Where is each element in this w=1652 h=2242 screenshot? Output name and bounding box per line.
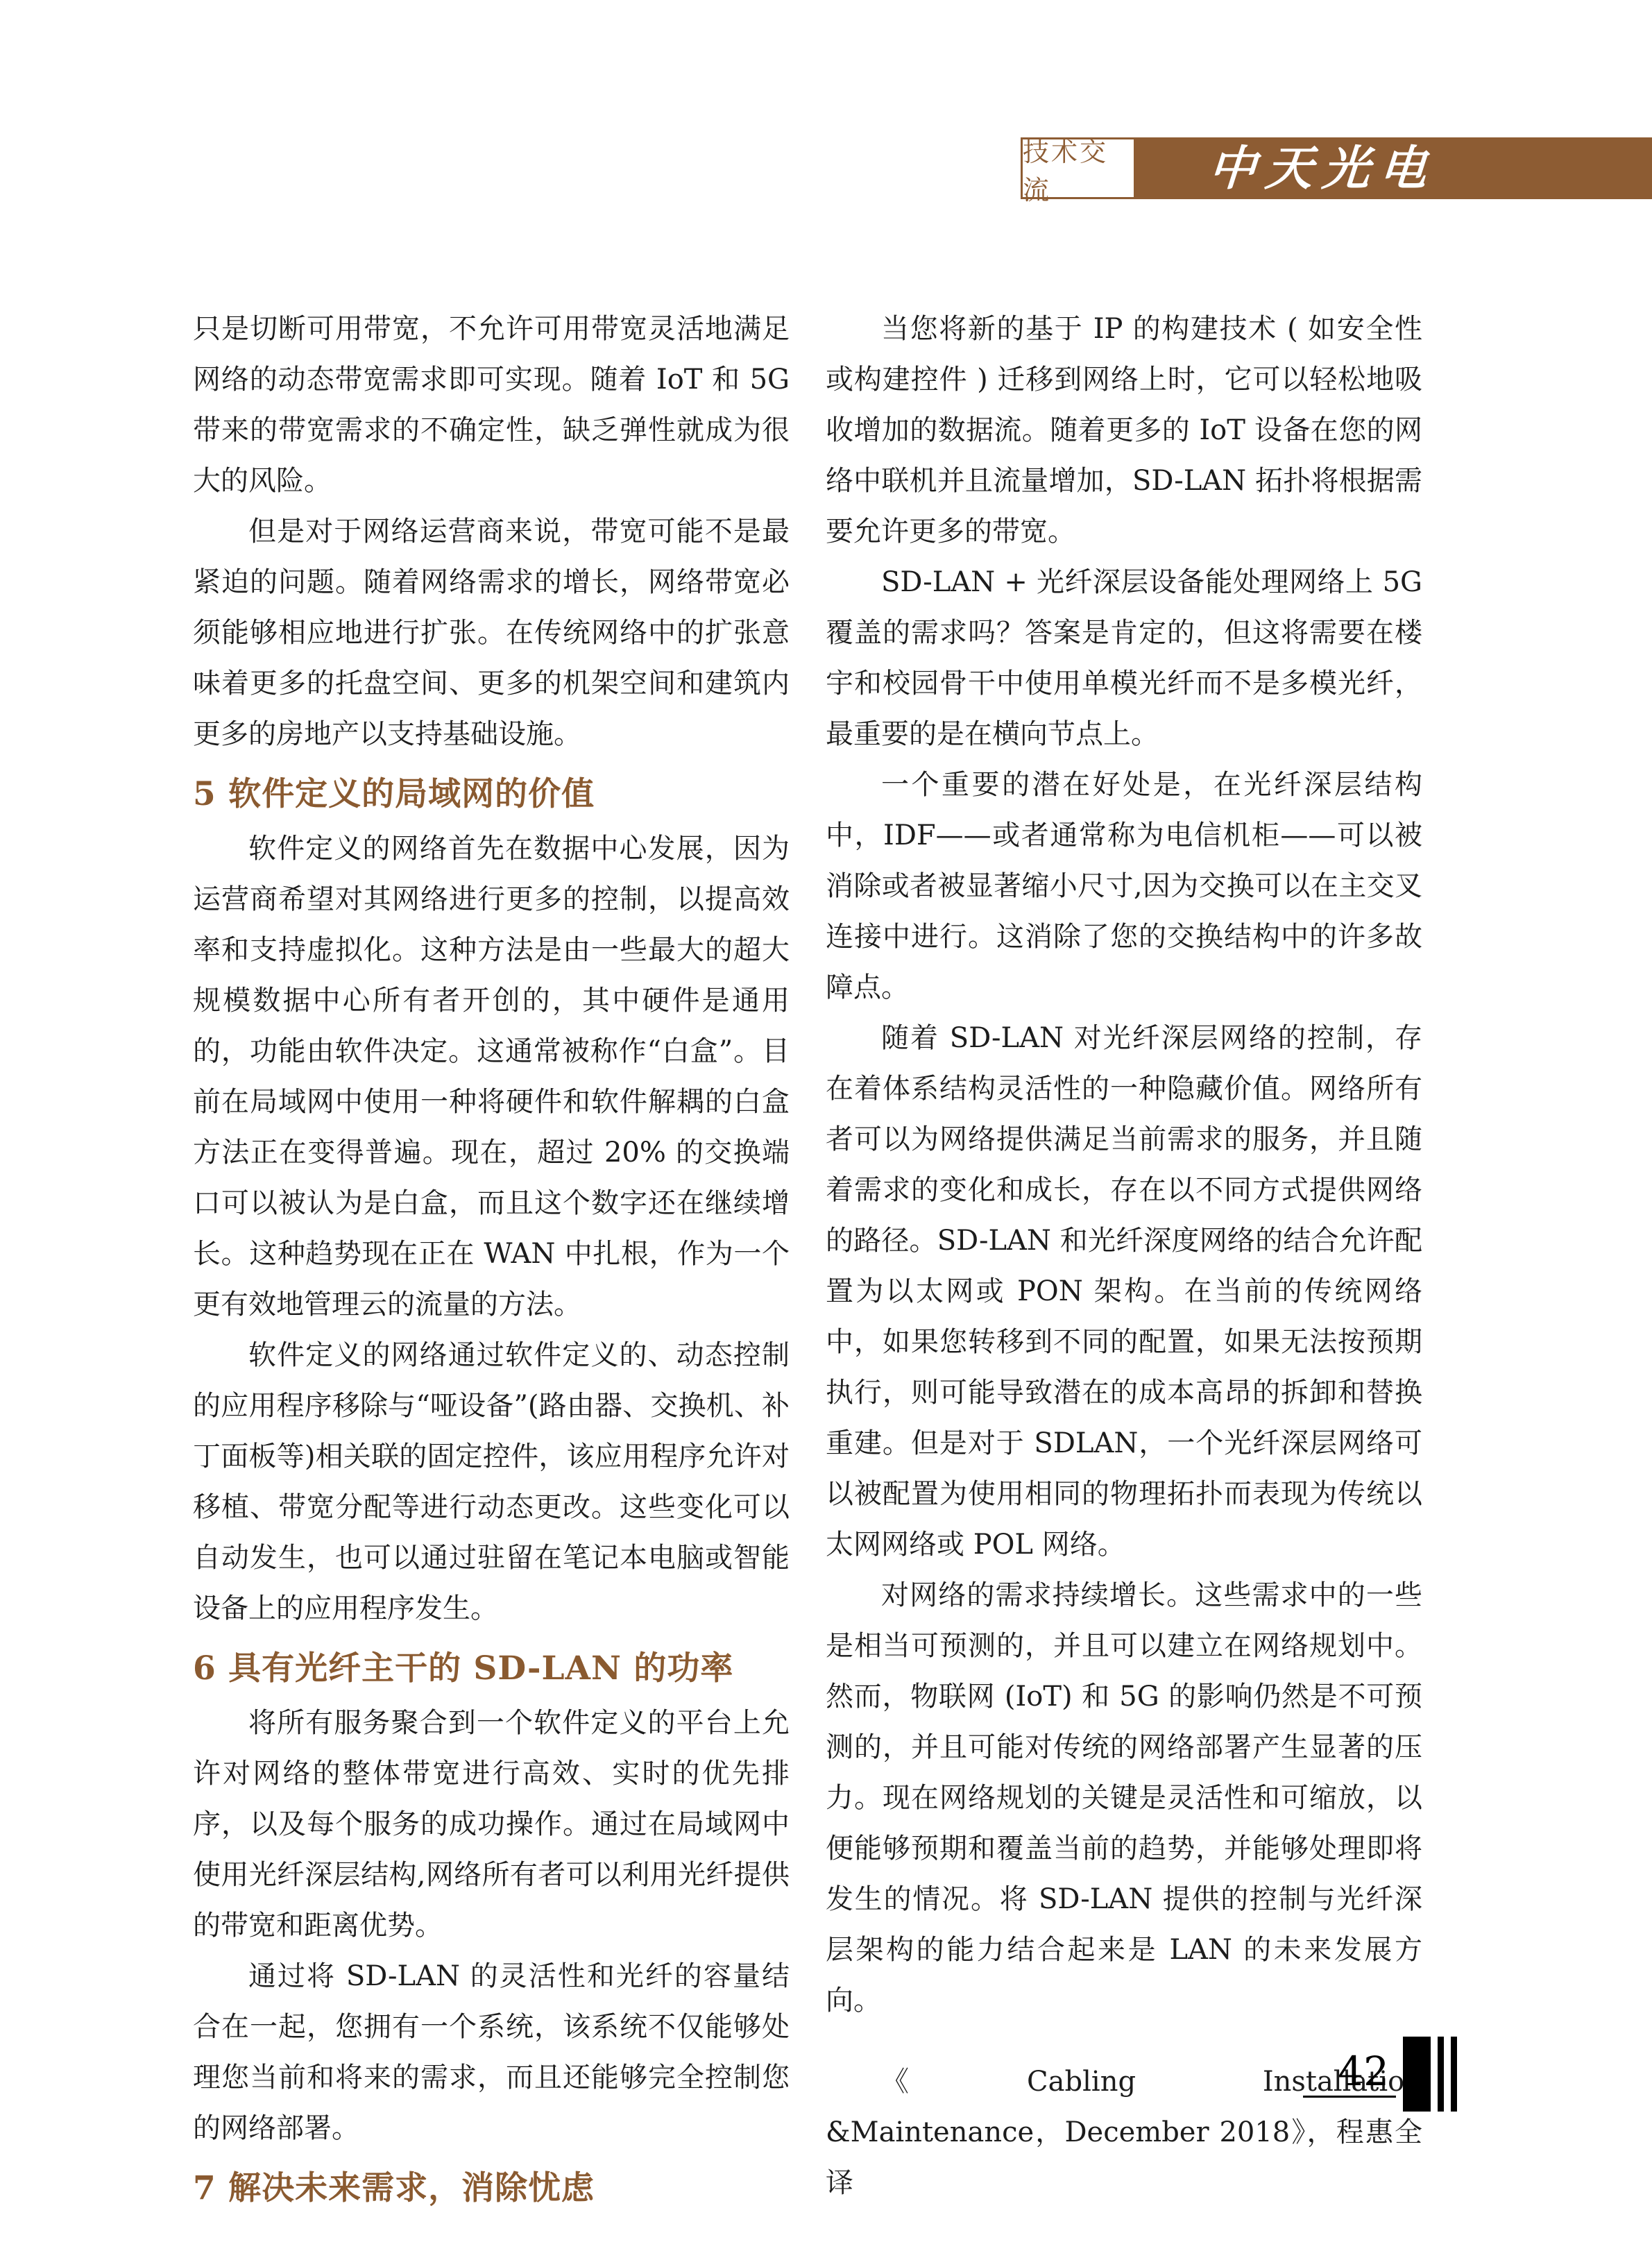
body-paragraph: 软件定义的网络通过软件定义的、动态控制的应用程序移除与“哑设备”(路由器、交换机… (193, 1330, 790, 1634)
footer-bars-decoration (1403, 2037, 1457, 2112)
body-paragraph: 对网络的需求持续增长。这些需求中的一些是相当可预测的，并且可以建立在网络规划中。… (826, 1570, 1422, 2026)
body-paragraph: SD-LAN + 光纤深层设备能处理网络上 5G 覆盖的需求吗？答案是肯定的，但… (826, 557, 1422, 760)
body-paragraph: 只是切断可用带宽，不允许可用带宽灵活地满足网络的动态带宽需求即可实现。随着 Io… (193, 304, 790, 507)
section-heading: 5 软件定义的局域网的价值 (193, 774, 790, 815)
body-paragraph: 软件定义的网络首先在数据中心发展，因为运营商希望对其网络进行更多的控制，以提高效… (193, 824, 790, 1330)
page-number: 42 (1338, 2048, 1396, 2095)
body-paragraph: 将所有服务聚合到一个软件定义的平台上允许对网络的整体带宽进行高效、实时的优先排序… (193, 1698, 790, 1951)
footer-bar-thin (1451, 2037, 1457, 2112)
header-brand-banner: 中天光电 (1136, 137, 1652, 199)
header-section-tag: 技术交流 (1021, 137, 1136, 199)
body-paragraph: 随着 SD-LAN 对光纤深层网络的控制，存在着体系结构灵活性的一种隐藏价值。网… (826, 1013, 1422, 1570)
magazine-page: 技术交流 中天光电 只是切断可用带宽，不允许可用带宽灵活地满足网络的动态带宽需求… (0, 0, 1652, 2242)
body-paragraph: 当您将新的基于 IP 的构建技术 ( 如安全性或构建控件 ) 迁移到网络上时，它… (826, 304, 1422, 557)
brand-logo: 中天光电 (1207, 145, 1438, 192)
page-footer: 42 (1303, 2037, 1470, 2114)
footer-bar-thin (1438, 2037, 1444, 2112)
page-number-rule: 42 (1303, 2047, 1396, 2098)
body-paragraph: 通过将 SD-LAN 的灵活性和光纤的容量结合在一起，您拥有一个系统，该系统不仅… (193, 1951, 790, 2154)
section-heading: 6 具有光纤主干的 SD-LAN 的功率 (193, 1648, 790, 1690)
footer-bar-thick (1403, 2037, 1431, 2112)
left-column: 只是切断可用带宽，不允许可用带宽灵活地满足网络的动态带宽需求即可实现。随着 Io… (193, 304, 790, 2218)
body-paragraph: 一个重要的潜在好处是，在光纤深层结构中，IDF——或者通常称为电信机柜——可以被… (826, 760, 1422, 1013)
header-section-tag-label: 技术交流 (1023, 130, 1134, 207)
body-paragraph: 但是对于网络运营商来说，带宽可能不是最紧迫的问题。随着网络需求的增长，网络带宽必… (193, 507, 790, 760)
right-column: 当您将新的基于 IP 的构建技术 ( 如安全性或构建控件 ) 迁移到网络上时，它… (826, 304, 1422, 2209)
section-heading: 7 解决未来需求，消除忧虑 (193, 2168, 790, 2209)
